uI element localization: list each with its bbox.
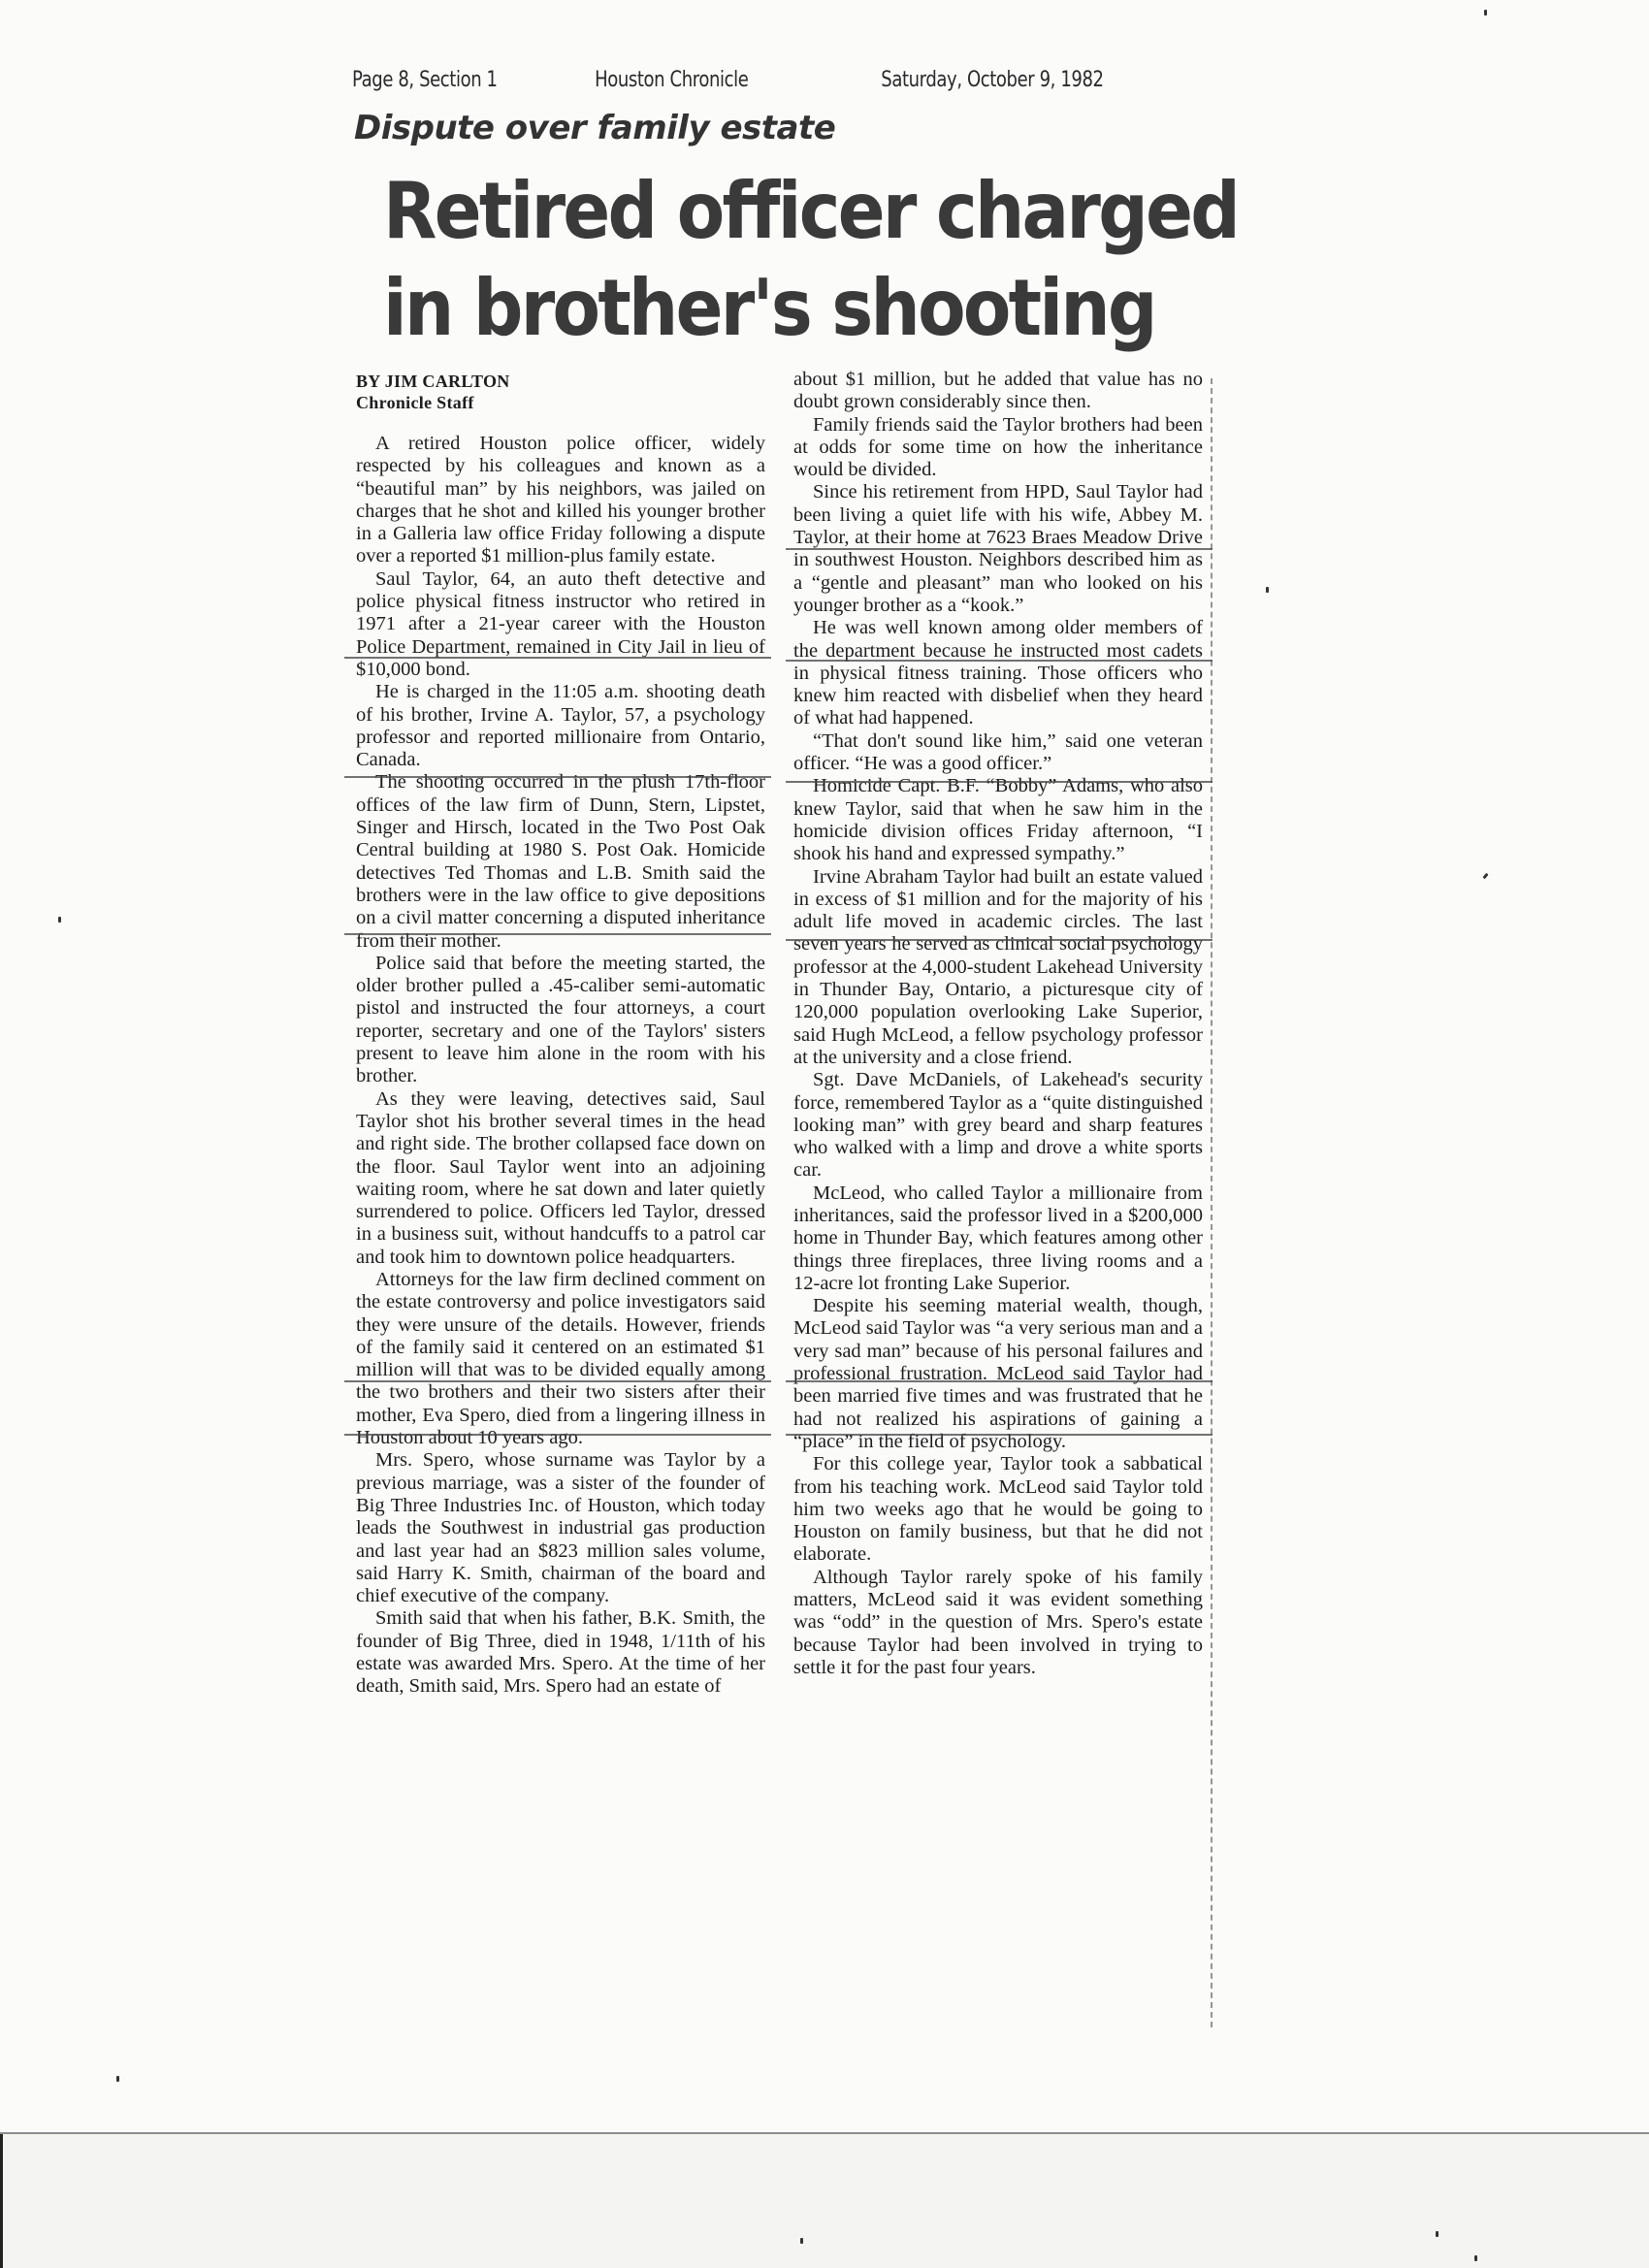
paragraph-continuation: about $1 million, but he added that valu…: [793, 369, 1203, 414]
paste-seam-line: [786, 1434, 1212, 1436]
paragraph: For this college year, Taylor took a sab…: [793, 1453, 1203, 1566]
paste-seam-line: [786, 1380, 1212, 1382]
scanner-edge: [0, 2134, 3, 2268]
headline-line-2: in brother's shooting: [383, 260, 1125, 357]
paste-seam-line: [786, 548, 1212, 550]
newspaper-clipping: Page 8, Section 1 Houston Chronicle Satu…: [344, 58, 1212, 2027]
paragraph: Sgt. Dave McDaniels, of Lakehead's secur…: [793, 1069, 1203, 1182]
paragraph: Smith said that when his father, B.K. Sm…: [356, 1607, 765, 1698]
byline: BY JIM CARLTON Chronicle Staff: [356, 371, 765, 413]
scan-speck: [1482, 873, 1488, 880]
headline-line-1: Retired officer charged: [383, 163, 1125, 260]
scan-speck: [800, 2238, 803, 2244]
scanner-bed-area: [0, 2134, 1649, 2268]
article-column-left: BY JIM CARLTON Chronicle Staff A retired…: [356, 371, 765, 1699]
paragraph: Homicide Capt. B.F. “Bobby” Adams, who a…: [793, 775, 1203, 865]
paragraph: As they were leaving, detectives said, S…: [356, 1088, 765, 1269]
paste-seam-line: [344, 776, 771, 778]
scan-speck: [1266, 587, 1269, 593]
main-headline: Retired officer charged in brother's sho…: [383, 163, 1125, 357]
paste-seam-line: [786, 781, 1212, 783]
byline-author: BY JIM CARLTON: [356, 371, 765, 392]
scanned-page: Page 8, Section 1 Houston Chronicle Satu…: [0, 0, 1649, 2134]
kicker-headline: Dispute over family estate: [354, 109, 835, 147]
scan-speck: [1474, 2255, 1477, 2261]
paragraph: McLeod, who called Taylor a millionaire …: [793, 1183, 1203, 1295]
paragraph: He was well known among older members of…: [793, 617, 1203, 729]
paste-seam-line: [344, 1434, 771, 1436]
paragraph: Family friends said the Taylor brothers …: [793, 414, 1203, 482]
paste-seam-line: [344, 657, 771, 659]
publication-date: Saturday, October 9, 1982: [881, 68, 1103, 92]
scan-speck: [1484, 10, 1487, 16]
scan-speck: [1436, 2231, 1439, 2237]
byline-affiliation: Chronicle Staff: [356, 392, 765, 413]
paste-seam-line: [344, 933, 771, 935]
paragraph: A retired Houston police officer, widely…: [356, 433, 765, 568]
paragraph: Irvine Abraham Taylor had built an estat…: [793, 866, 1203, 1070]
paragraph: The shooting occurred in the plush 17th-…: [356, 771, 765, 952]
paragraph: He is charged in the 11:05 a.m. shooting…: [356, 681, 765, 771]
scan-speck: [116, 2076, 119, 2082]
page-header: Page 8, Section 1 Houston Chronicle Satu…: [352, 68, 1052, 97]
paragraph: Police said that before the meeting star…: [356, 953, 765, 1088]
paste-seam-line: [786, 939, 1212, 941]
scan-speck: [58, 917, 61, 923]
newspaper-name: Houston Chronicle: [595, 68, 748, 92]
paragraph: Mrs. Spero, whose surname was Taylor by …: [356, 1449, 765, 1607]
paragraph: Attorneys for the law firm declined comm…: [356, 1269, 765, 1449]
article-column-right: about $1 million, but he added that valu…: [793, 369, 1203, 1679]
paste-seam-line: [344, 1380, 771, 1382]
page-section-label: Page 8, Section 1: [352, 68, 498, 92]
paragraph: “That don't sound like him,” said one ve…: [793, 730, 1203, 776]
paste-seam-line: [786, 660, 1212, 662]
paragraph: Despite his seeming material wealth, tho…: [793, 1295, 1203, 1453]
paragraph: Although Taylor rarely spoke of his fami…: [793, 1567, 1203, 1679]
paragraph: Saul Taylor, 64, an auto theft detective…: [356, 568, 765, 681]
clipping-right-border: [1211, 378, 1213, 2027]
